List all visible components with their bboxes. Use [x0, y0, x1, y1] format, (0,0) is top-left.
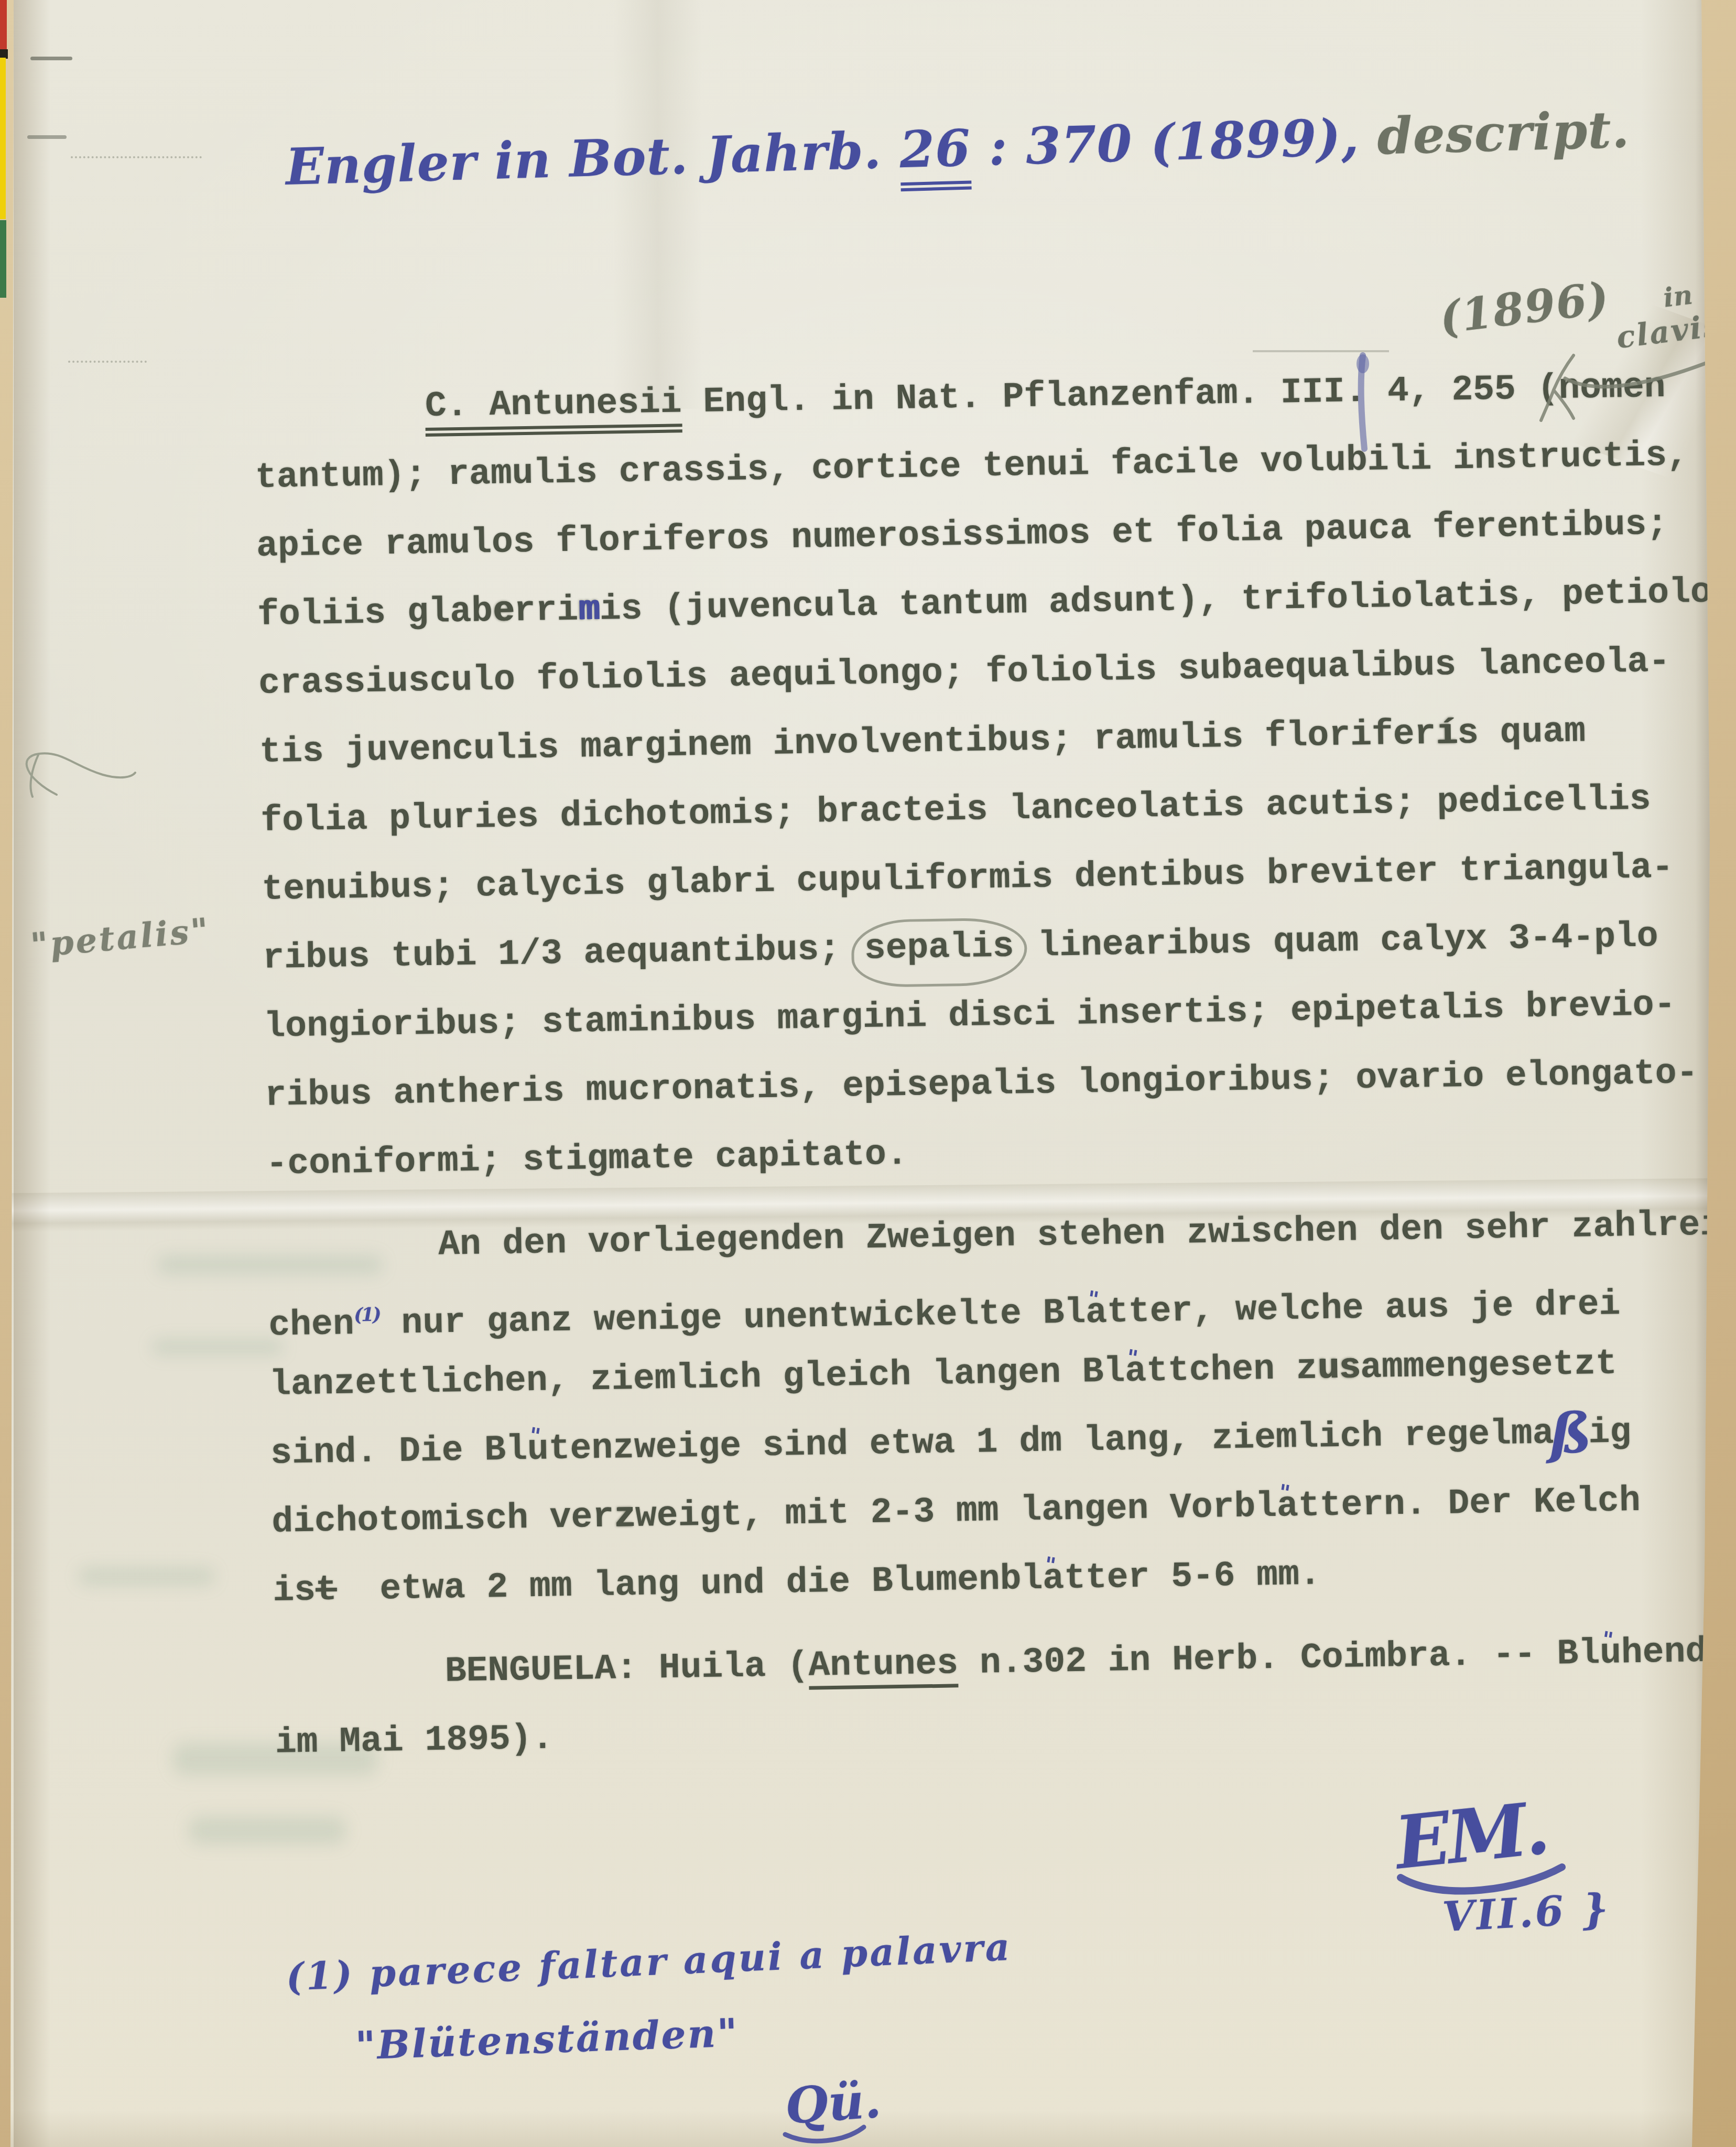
handwritten-umlaut-mark: " [1086, 1287, 1099, 1310]
typed-segment: linearibus quam calyx 3-4-plo [1016, 916, 1658, 967]
typed-segment: ttchen z [1146, 1349, 1318, 1392]
insertion-year: (1896) [1437, 272, 1612, 344]
footnote-line-2: "Blütenständen" [355, 2010, 740, 2068]
footnote-line-1: (1) parece faltar aqui a palavra [285, 1924, 1013, 1999]
typed-segment: hend [1621, 1632, 1707, 1674]
typed-segment: folia pluries dichotomis; bracteis lance… [261, 779, 1651, 841]
typed-segment: sind. Die Bl [270, 1429, 528, 1474]
typed-segment: ammengesetzt [1360, 1344, 1618, 1389]
typed-segment: a" [1086, 1292, 1108, 1333]
typed-segment: longioribus; staminibus margini disci in… [264, 985, 1676, 1047]
typed-segment: Engl. in Nat. Pflanzenfam. III. 4, 255 (… [681, 367, 1666, 422]
typed-segment: us [1317, 1348, 1361, 1389]
edge-stripe-green [0, 220, 6, 298]
typed-segment: An den vorliegenden Zweigen stehen zwisc… [438, 1205, 1736, 1265]
scan-band [613, 0, 702, 409]
typed-segment: tter, welche aus je drei [1106, 1284, 1620, 1332]
scan-canvas: Engler in Bot. Jahrb. 26 : 370 (1899), d… [0, 0, 1736, 2147]
typed-segment: ribus antheris mucronatis, episepalis lo… [265, 1053, 1698, 1116]
shelf-code: VII.6 } [1441, 1885, 1612, 1942]
monogram-bottom: Qü. [783, 2072, 883, 2135]
typed-segment: is [273, 1570, 316, 1611]
typed-segment: lanzettlichen, ziemlich gleich langen Bl [269, 1351, 1125, 1405]
typed-segment: tenzweige sind etwa 1 dm lang, ziemlich … [548, 1413, 1554, 1469]
typed-segment: u" [1600, 1633, 1622, 1674]
monogram-top: EM. [1391, 1785, 1550, 1885]
typed-segment: rri [514, 590, 579, 631]
header-annotation: Engler in Bot. Jahrb. 26 : 370 (1899), d… [285, 102, 1544, 197]
typed-segment: crassiusculo foliolis aequilongo; foliol… [258, 642, 1670, 704]
typed-segment: t [315, 1570, 337, 1611]
typed-segment: dichotomisch ver [272, 1497, 614, 1543]
typed-segment: Antunes [808, 1643, 959, 1689]
typescript: C. Antunesii Engl. in Nat. Pflanzenfam. … [254, 352, 1736, 1777]
typed-segment: im Mai 1895). [275, 1719, 554, 1763]
typed-segment: apice ramulos floriferos numerosissimos … [256, 504, 1668, 567]
typed-segment: nur ganz wenige unentwickelte Bl [379, 1293, 1086, 1344]
typed-segment: ß [1549, 1400, 1592, 1466]
typed-segment: chen [268, 1304, 354, 1346]
insertion-word-in: in [1662, 279, 1694, 313]
typed-segment: a" [1125, 1351, 1147, 1392]
handwritten-umlaut-mark: " [1043, 1554, 1056, 1576]
typed-segment: ttern. Der Kelch [1298, 1481, 1641, 1526]
typed-segment: í [1436, 713, 1458, 754]
typed-segment: tis juvenculis marginem involventibus; r… [259, 714, 1436, 773]
typed-segment: z [614, 1497, 636, 1537]
edge-stripe-yellow [0, 58, 6, 219]
typed-segment: a" [1276, 1486, 1298, 1527]
handwritten-umlaut-mark: " [1277, 1481, 1290, 1504]
typed-segment: tantum); ramulis crassis, cortice tenui … [255, 435, 1688, 498]
typed-segment: sepalis [851, 917, 1028, 988]
bleedthrough-mark [189, 1816, 346, 1845]
handwritten-umlaut-mark: " [1600, 1628, 1613, 1651]
typed-segment: is (juvencula tantum adsunt), trifoliola… [599, 572, 1712, 630]
faint-dotted-line [68, 361, 147, 363]
margin-note-petalis: "petalis" [29, 910, 212, 966]
header-citation-prefix: Engler in Bot. Jahrb. [285, 120, 900, 197]
typed-segment: C. Antunesii [425, 382, 682, 437]
header-citation-rest: : 370 (1899), [970, 107, 1378, 178]
typed-segment: foliis glab [257, 591, 493, 635]
smudge-line [1253, 350, 1389, 352]
typed-segment: a" [1043, 1558, 1065, 1599]
stray-dash [27, 135, 67, 139]
typed-segment: BENGUELA: Huila ( [444, 1646, 809, 1692]
typed-segment: e [492, 591, 514, 632]
typed-segment: m [578, 590, 600, 631]
handwritten-umlaut-mark: " [528, 1425, 541, 1447]
faint-dotted-line [71, 156, 202, 158]
typed-segment: n.302 in Herb. Coimbra. -- Bl [958, 1633, 1600, 1684]
typed-segment: s quam [1457, 711, 1586, 754]
paper-sheet: Engler in Bot. Jahrb. 26 : 370 (1899), d… [0, 0, 1736, 2147]
stray-dash [30, 57, 72, 60]
header-volume-number: 26 [899, 118, 972, 192]
typed-segment: -coniformi; stigmate capitato. [266, 1134, 908, 1185]
bleedthrough-mark [79, 1567, 215, 1585]
typed-segment: (1) [354, 1304, 380, 1326]
typed-segment: tter 5-6 mm. [1064, 1554, 1321, 1599]
typed-segment: ribus tubi 1/3 aequantibus; [263, 929, 862, 979]
typed-segment: u" [527, 1429, 549, 1470]
typed-segment: tenuibus; calycis glabri cupuliformis de… [262, 848, 1674, 910]
handwritten-umlaut-mark: " [1125, 1347, 1138, 1369]
typed-segment: ig [1588, 1412, 1632, 1453]
typed-segment: weigt, mit 2-3 mm langen Vorbl [635, 1487, 1277, 1537]
edge-stripe-red [0, 0, 7, 50]
bleedthrough-mark [152, 1339, 283, 1355]
header-descript-note: descript. [1376, 100, 1631, 166]
paper-edge-left [14, 0, 50, 2147]
typed-segment: etwa 2 mm lang und die Blumenbl [337, 1559, 1043, 1610]
